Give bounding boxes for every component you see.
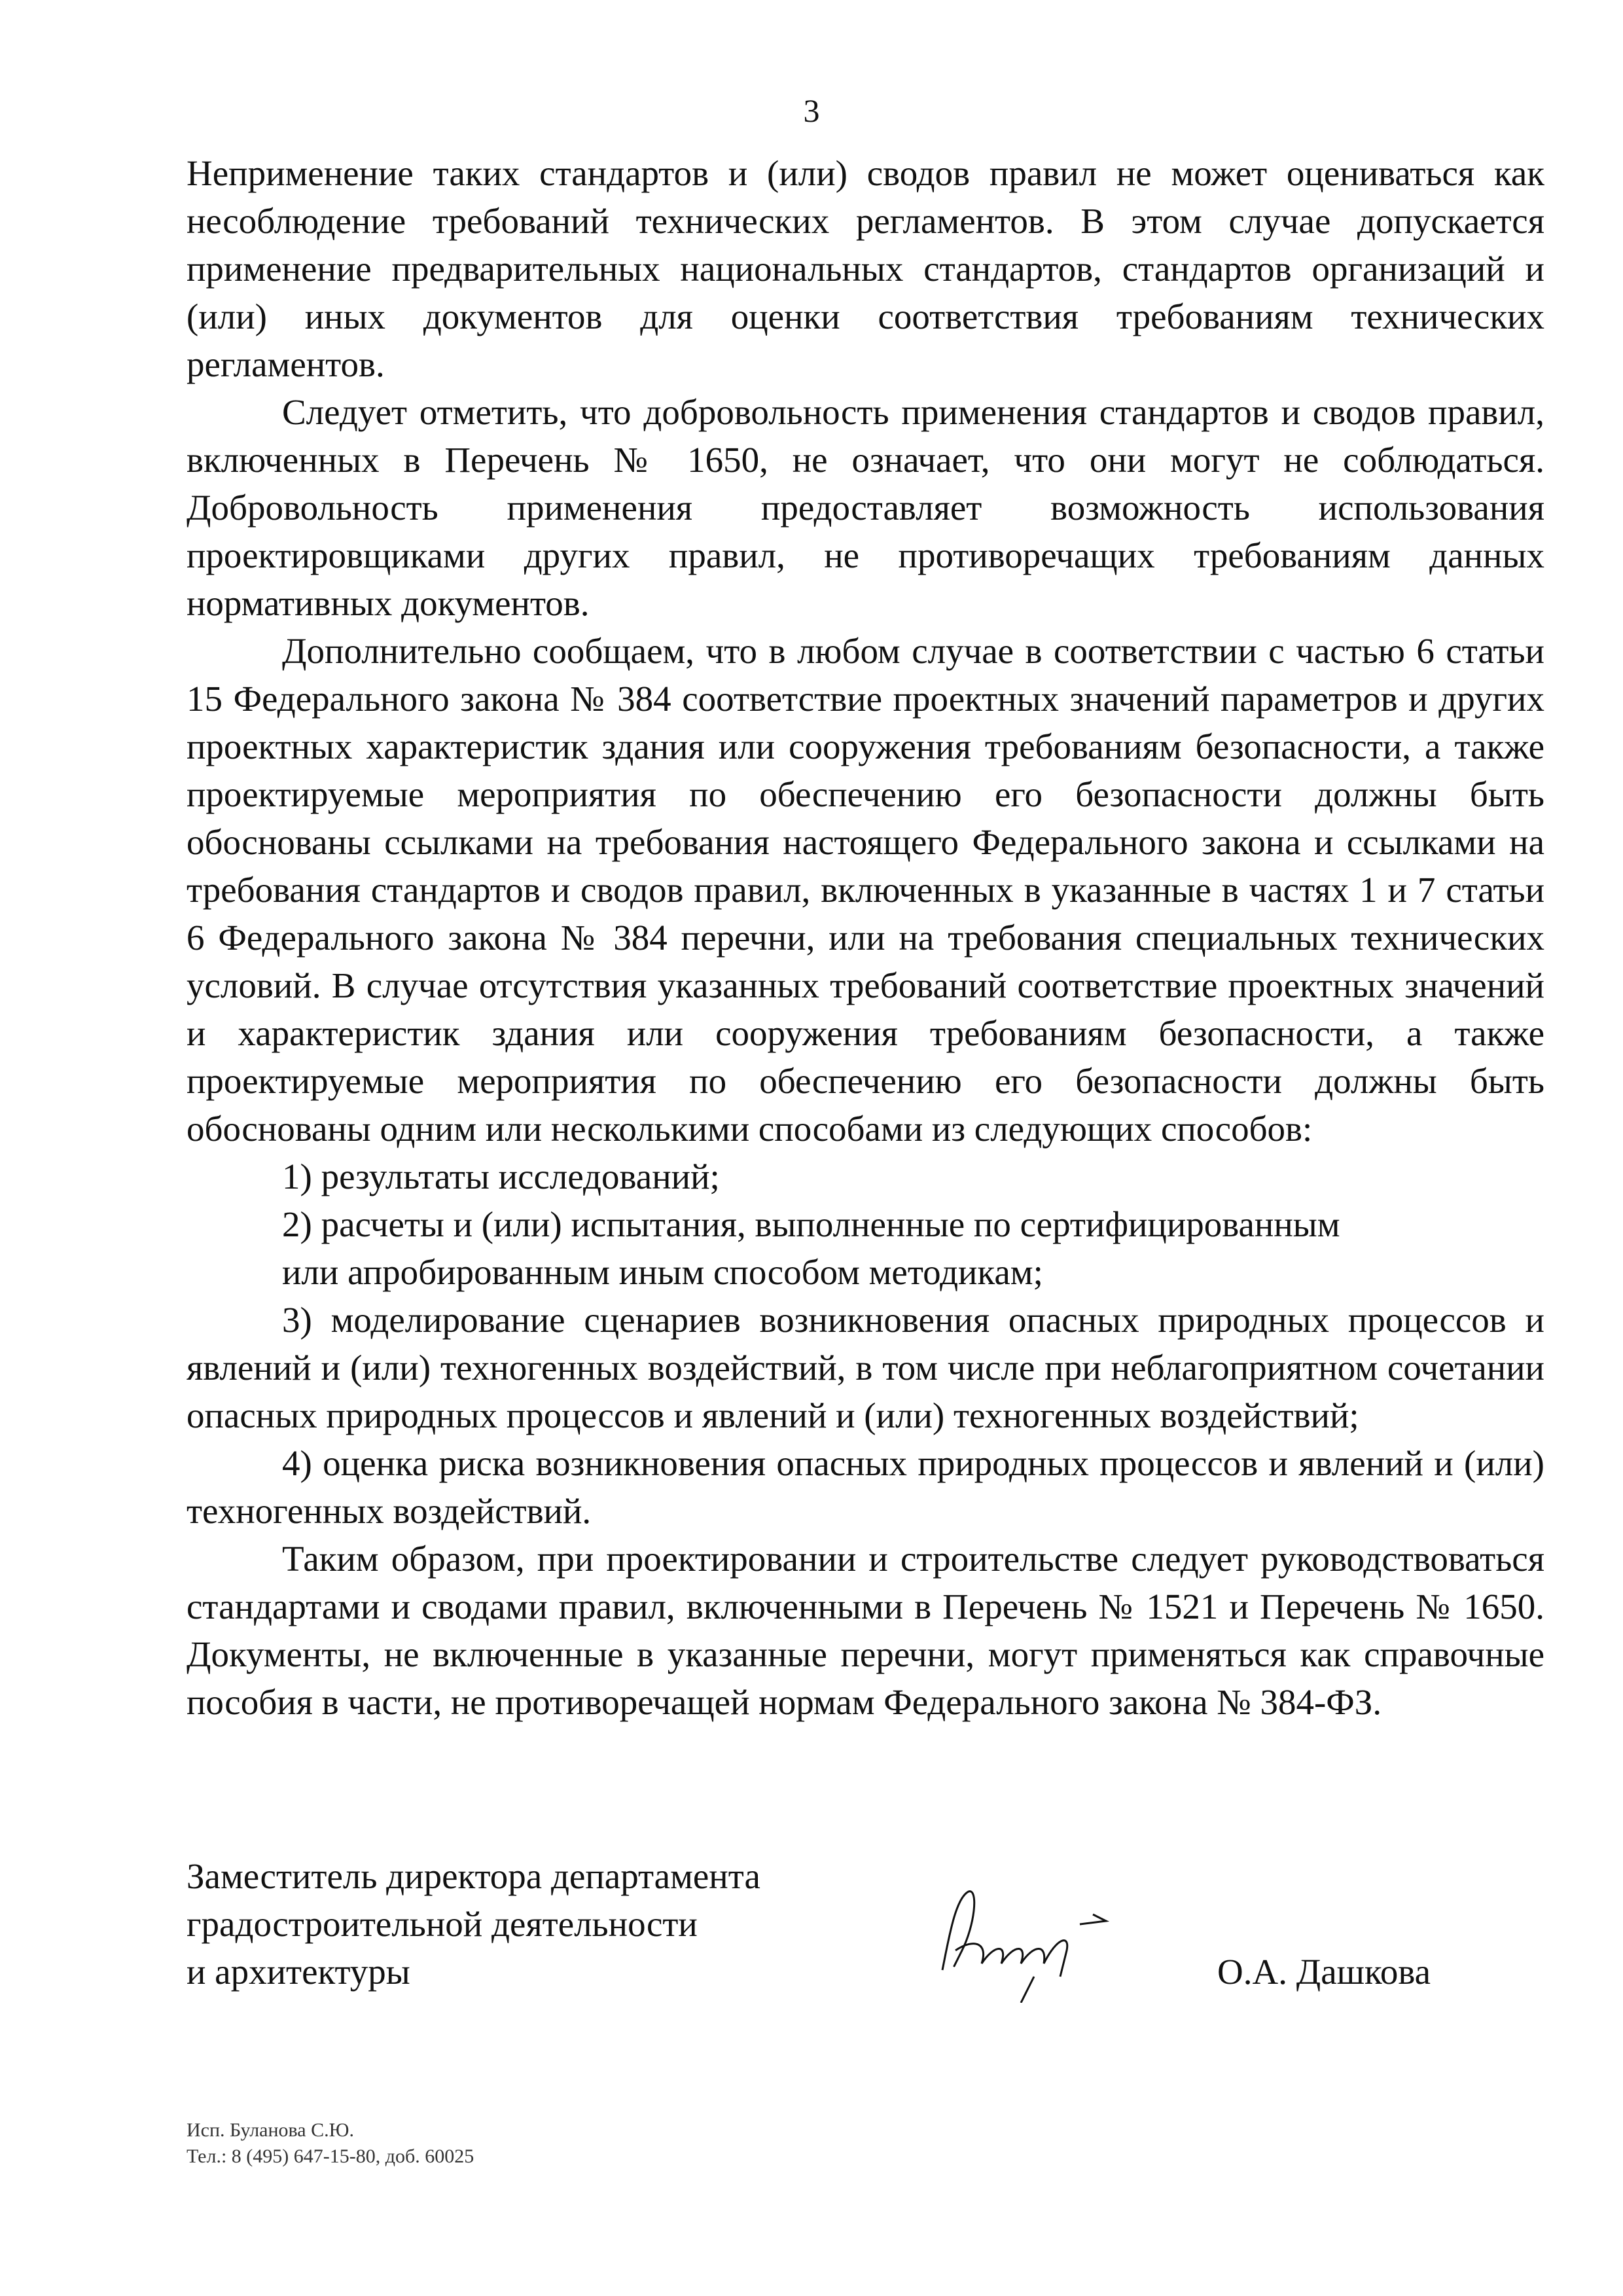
executor-info: Исп. Буланова С.Ю. Тел.: 8 (495) 647-15-… bbox=[187, 2117, 474, 2170]
list-item-3: 3) моделирование сценариев возникновения… bbox=[187, 1296, 1544, 1439]
paragraph-nonapplication: Неприменение таких стандартов и (или) св… bbox=[187, 149, 1544, 388]
paragraph-voluntariness: Следует отметить, что добровольность при… bbox=[187, 388, 1544, 627]
position-line-1: Заместитель директора департамента bbox=[187, 1852, 760, 1900]
position-line-3: и архитектуры bbox=[187, 1948, 760, 1996]
page-number: 3 bbox=[0, 92, 1623, 130]
letter-body: Неприменение таких стандартов и (или) св… bbox=[187, 149, 1544, 1726]
list-item-2-line-2: или апробированным иным способом методик… bbox=[187, 1248, 1544, 1296]
list-item-4: 4) оценка риска возникновения опасных пр… bbox=[187, 1439, 1544, 1535]
list-item-2-line-1: 2) расчеты и (или) испытания, выполненны… bbox=[187, 1200, 1544, 1248]
position-line-2: градостроительной деятельности bbox=[187, 1900, 760, 1948]
executor-phone: Тел.: 8 (495) 647-15-80, доб. 60025 bbox=[187, 2144, 474, 2170]
paragraph-additional-info: Дополнительно сообщаем, что в любом случ… bbox=[187, 627, 1544, 1153]
handwritten-signature bbox=[916, 1872, 1178, 2003]
executor-name: Исп. Буланова С.Ю. bbox=[187, 2117, 474, 2144]
paragraph-conclusion: Таким образом, при проектировании и стро… bbox=[187, 1535, 1544, 1726]
signatory-position: Заместитель директора департамента градо… bbox=[187, 1852, 760, 1996]
list-item-1: 1) результаты исследований; bbox=[187, 1153, 1544, 1200]
signatory-name: О.А. Дашкова bbox=[1217, 1948, 1431, 1996]
